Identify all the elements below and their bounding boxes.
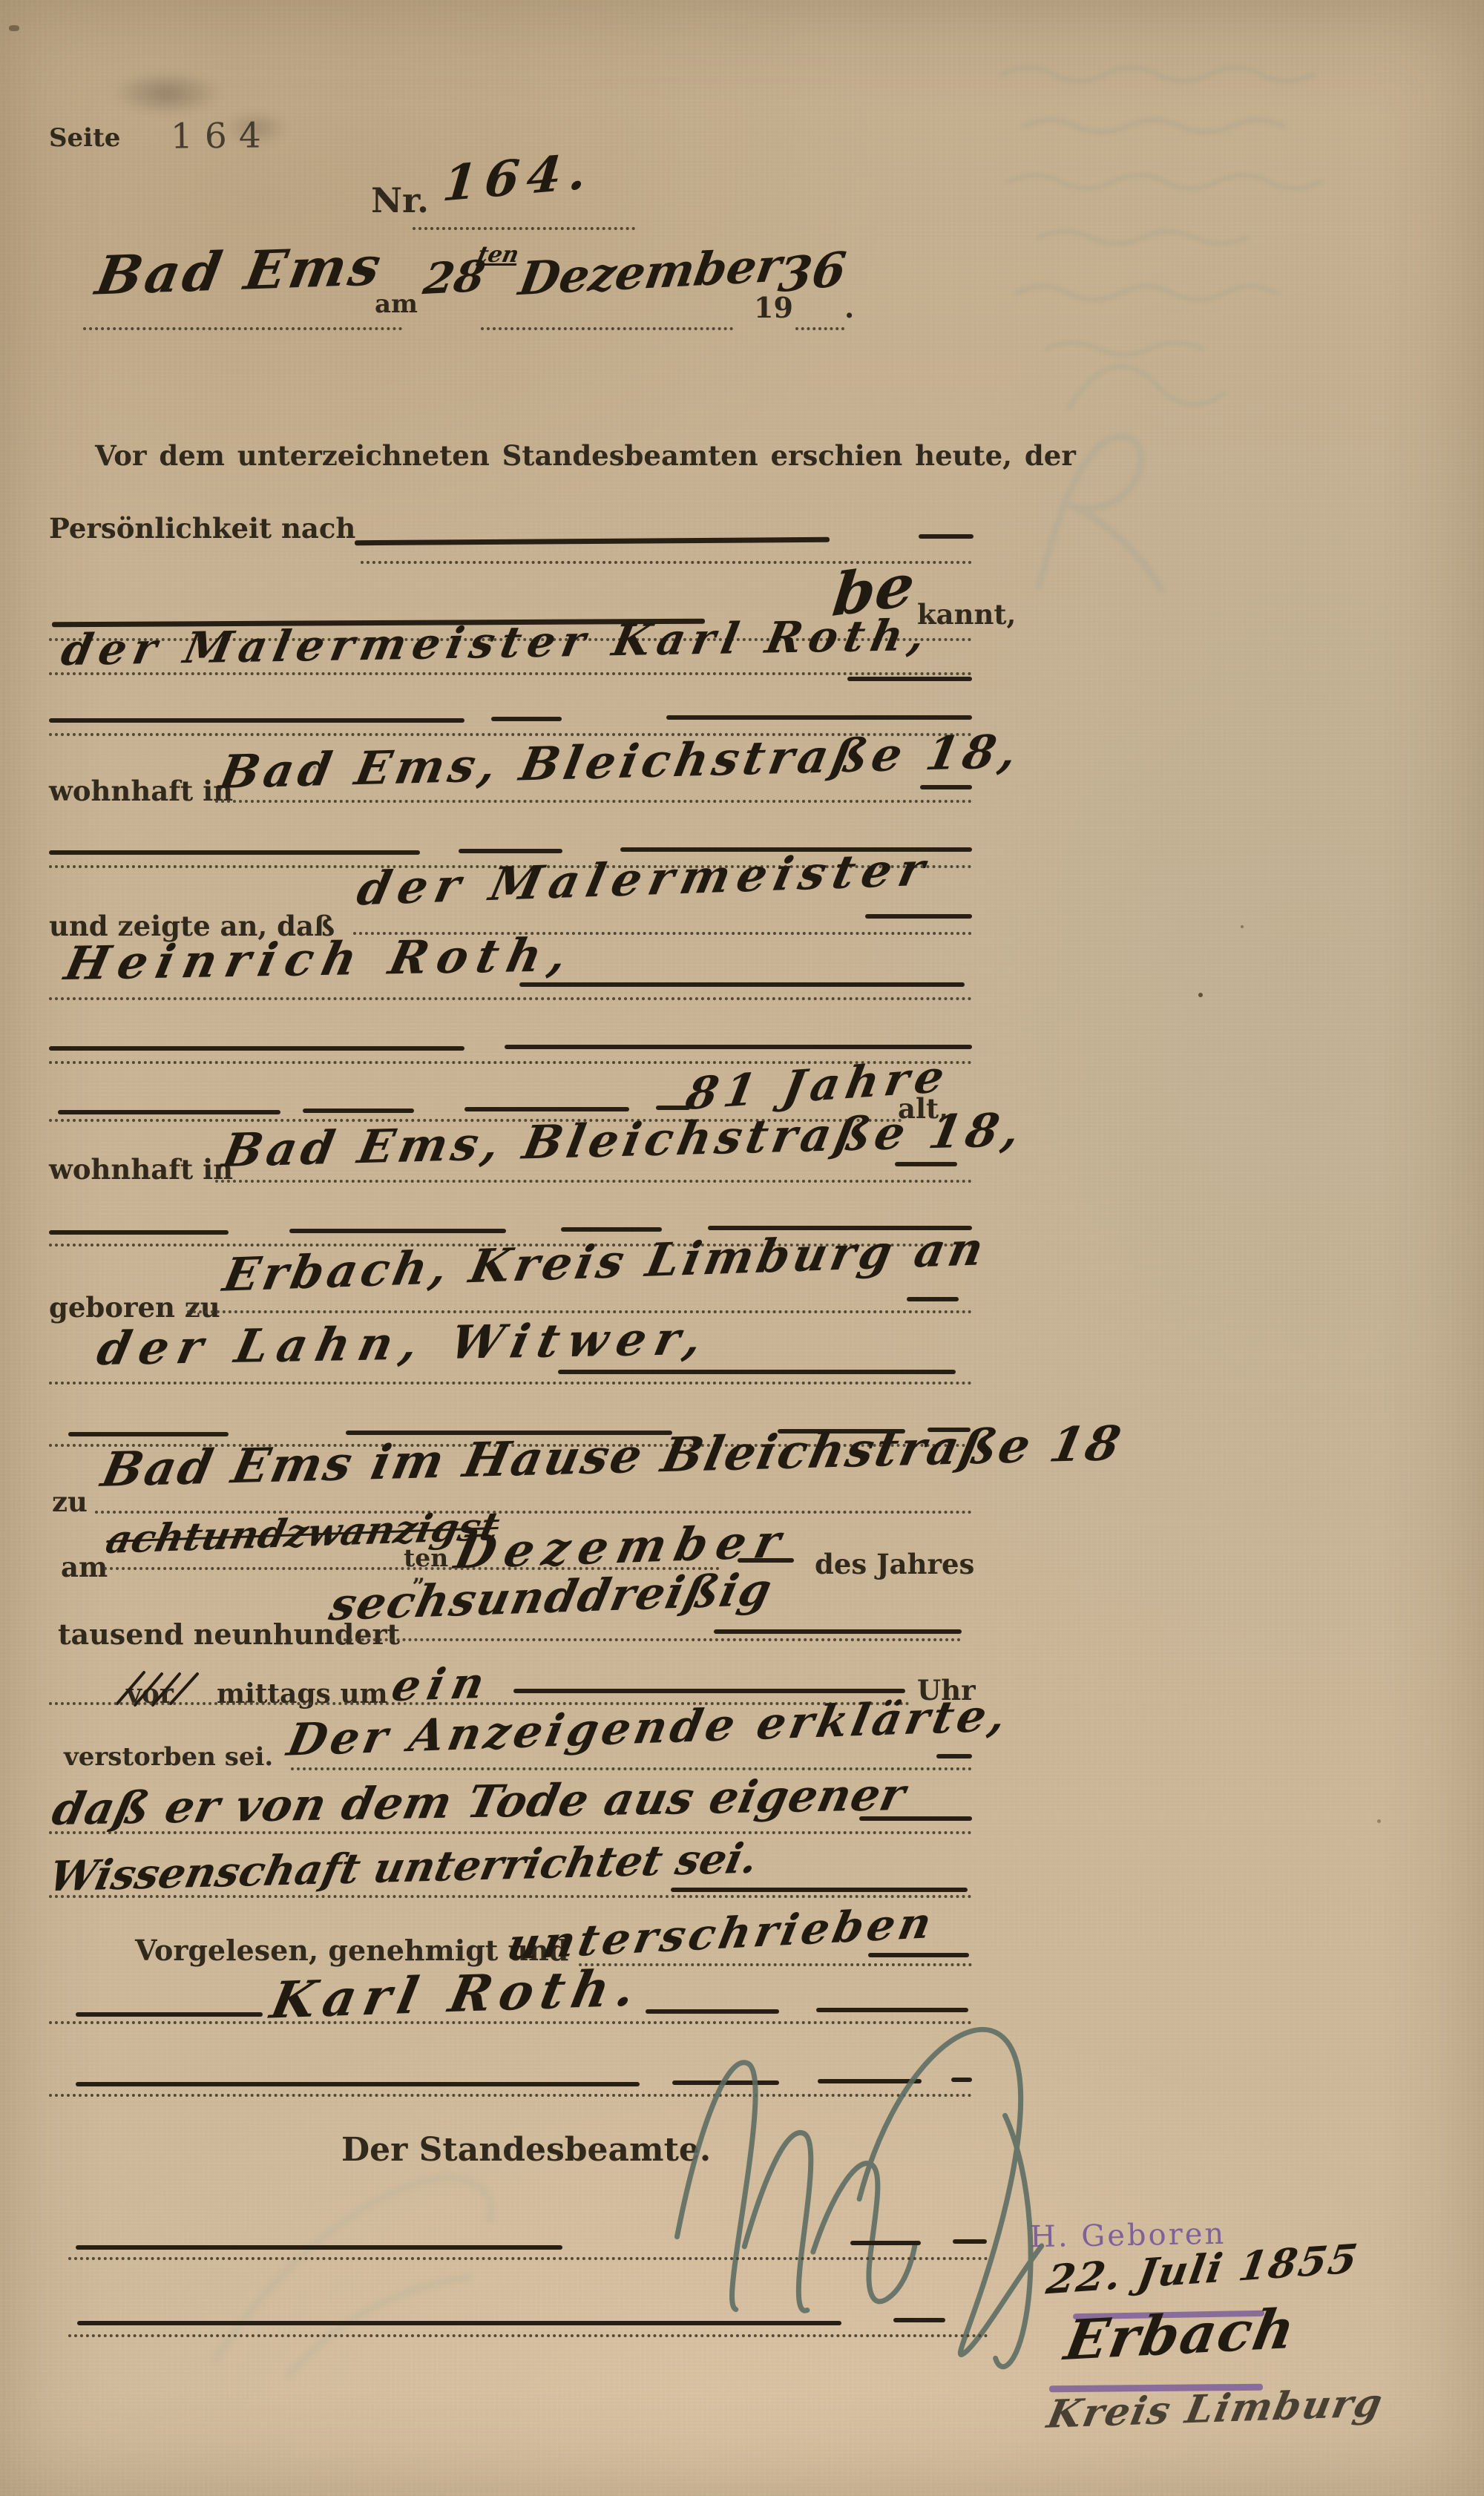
- paper-speck: [1377, 1819, 1381, 1823]
- year-period: .: [844, 291, 854, 324]
- date-month-value: Dezember: [515, 238, 785, 306]
- verstorben-label: verstorben sei.: [64, 1742, 273, 1772]
- closing-printed: Vorgelesen, genehmigt und: [135, 1934, 568, 1967]
- filler-stroke: [76, 2245, 562, 2250]
- filler-stroke: [303, 1109, 414, 1113]
- filler-stroke: [505, 1045, 972, 1049]
- filler-stroke: [561, 1227, 662, 1232]
- wohnhaft-label-2: wohnhaft in: [49, 1153, 233, 1186]
- record-number-value: 164.: [440, 142, 596, 212]
- filler-stroke: [49, 1046, 464, 1051]
- filler-stroke: [355, 537, 830, 545]
- death-place-value: Bad Ems im Hause Bleichstraße 18: [96, 1416, 1127, 1498]
- dotted-rule: [83, 327, 402, 330]
- birth-place-annotation: Erbach: [1060, 2297, 1301, 2373]
- dotted-rule: [49, 1382, 972, 1385]
- dotted-rule: [49, 997, 972, 1000]
- filler-stroke: [76, 2012, 263, 2017]
- paper-speck: [1241, 925, 1244, 928]
- ink-smudge: [111, 71, 223, 116]
- paper-speck: [9, 25, 19, 31]
- filler-stroke: [859, 1816, 972, 1821]
- filler-stroke: [76, 2082, 640, 2086]
- death-place-label: zu: [52, 1485, 88, 1518]
- dotted-rule: [413, 227, 635, 230]
- birthplace-line1: Erbach, Kreis Limburg an: [219, 1221, 991, 1302]
- declarant-line: der Malermeister Karl Roth,: [57, 610, 936, 675]
- page-number-stamp: 164: [171, 115, 273, 157]
- filler-stroke: [671, 1888, 968, 1892]
- dotted-rule: [49, 672, 972, 675]
- filler-stroke: [865, 914, 972, 919]
- filler-stroke: [850, 2241, 921, 2245]
- death-date-label: am: [61, 1551, 108, 1583]
- registry-place-value: Bad Ems: [91, 234, 388, 306]
- persoenlichkeit-label: Persönlichkeit nach: [49, 512, 355, 545]
- wohnhaft-label-1: wohnhaft in: [49, 775, 233, 807]
- filler-stroke: [58, 1110, 280, 1114]
- filler-stroke: [893, 2318, 945, 2322]
- bleedthrough-ghost-writing: [979, 22, 1469, 438]
- filler-stroke: [936, 1754, 972, 1758]
- statement-line2: daß er von dem Tode aus eigener: [47, 1769, 910, 1836]
- filler-stroke: [519, 982, 965, 987]
- filler-stroke: [49, 718, 464, 723]
- year-words-handwritten: sechsunddreißig: [325, 1564, 778, 1632]
- dotted-rule: [68, 2334, 988, 2337]
- deceased-occupation: der Malermeister: [352, 842, 937, 916]
- filler-stroke: [289, 1229, 506, 1233]
- filler-stroke: [49, 1230, 229, 1235]
- filler-stroke: [49, 850, 420, 855]
- dotted-rule: [49, 1831, 972, 1834]
- filler-stroke: [920, 785, 972, 789]
- dotted-rule: [215, 1180, 972, 1183]
- dotted-rule: [795, 327, 844, 330]
- declarant-signature: Karl Roth.: [266, 1958, 647, 2030]
- filler-stroke: [68, 1432, 229, 1436]
- date-prefix-label: am: [375, 289, 418, 319]
- filler-stroke: [558, 1370, 956, 1374]
- page-label: Seite: [49, 123, 120, 153]
- statement-line3: Wissenschaft unterrichtet sei.: [45, 1834, 762, 1902]
- filler-stroke: [953, 2239, 987, 2244]
- dotted-rule: [338, 1638, 961, 1641]
- record-number-label: Nr.: [371, 180, 429, 220]
- dotted-rule: [49, 1895, 972, 1898]
- dotted-rule: [481, 327, 733, 330]
- date-day-suffix: ten: [475, 242, 521, 268]
- filler-stroke: [464, 1107, 629, 1111]
- dotted-rule: [215, 800, 972, 803]
- filler-stroke: [847, 677, 972, 681]
- filler-stroke: [907, 1297, 959, 1301]
- des-jahres-label: des Jahres: [815, 1548, 974, 1580]
- filler-stroke: [666, 715, 972, 720]
- filler-stroke: [77, 2321, 841, 2325]
- filler-stroke: [459, 849, 562, 853]
- death-register-page: Seite 164 Nr. 164. Bad Ems am 28 ten Dez…: [0, 0, 1484, 2496]
- bleedthrough-ghost-lower: [185, 2137, 527, 2389]
- filler-stroke: [513, 1689, 905, 1693]
- closing-handwritten: unterschrieben: [503, 1897, 939, 1970]
- birthplace-line2: der Lahn, Witwer,: [93, 1311, 716, 1376]
- year-handwritten: 36: [775, 242, 849, 304]
- filler-stroke: [895, 1162, 957, 1166]
- filler-stroke: [868, 1953, 969, 1957]
- intro-line: Vor dem unterzeichneten Standesbeamten e…: [95, 439, 1076, 472]
- filler-stroke: [714, 1629, 962, 1634]
- filler-stroke: [738, 1558, 794, 1563]
- geboren-label: geboren zu: [49, 1291, 220, 1324]
- deceased-name: Heinrich Roth,: [60, 927, 581, 991]
- dotted-rule: [68, 2257, 988, 2260]
- filler-stroke: [919, 534, 974, 539]
- paper-speck: [1198, 993, 1203, 997]
- filler-stroke: [491, 717, 562, 721]
- registrar-signature: [623, 2003, 1143, 2389]
